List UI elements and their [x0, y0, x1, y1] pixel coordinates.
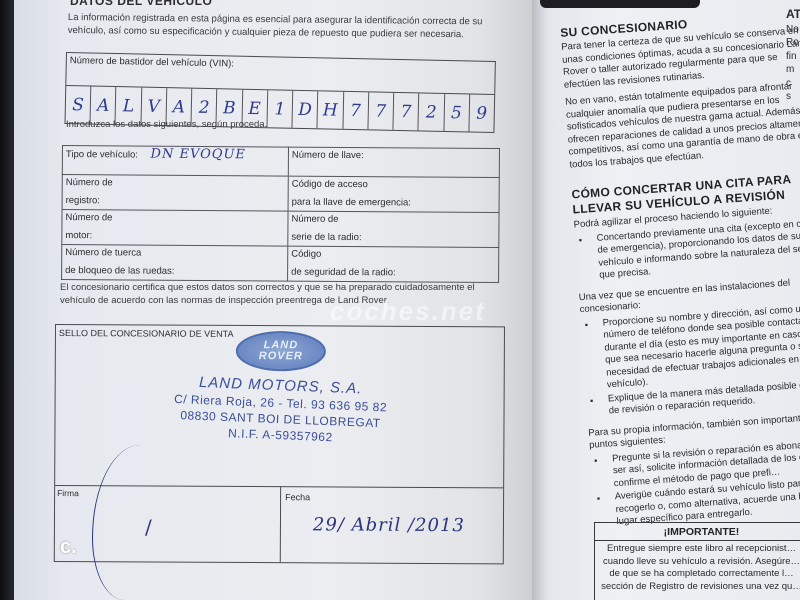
vin-character: 2	[419, 93, 445, 131]
edge-text-fragment: s	[786, 90, 800, 104]
vin-character: 5	[444, 94, 470, 132]
vin-character: 1	[267, 90, 293, 128]
engine-label-1: Número de	[65, 212, 284, 226]
dealer-paragraph-2: No en vano, están totalmente equipados p…	[565, 79, 800, 171]
vin-character: 7	[368, 92, 394, 130]
access-code-cell: Código de accesopara la llave de emergen…	[288, 176, 499, 212]
info-list: Pregunte si la revisión o reparación es …	[590, 437, 800, 530]
edge-text-fragment: No	[786, 23, 800, 37]
signature-date-divider	[280, 486, 281, 562]
edge-text-fragment: c	[786, 77, 800, 91]
important-title: ¡IMPORTANTE!	[595, 523, 800, 541]
vin-character: H	[318, 91, 344, 129]
date-label: Fecha	[285, 492, 310, 502]
edge-text-fragment: AT	[786, 7, 800, 21]
vin-label: Número de bastidor del vehículo (VIN):	[70, 55, 234, 69]
wheel-nut-label-1: Número de tuerca	[65, 247, 284, 261]
registration-cell: Número deregistro:	[62, 175, 288, 212]
important-body: Entregue siempre este libro al recepcion…	[595, 541, 800, 595]
next-page-edge-text: ATNoRofinmcs	[786, 8, 800, 104]
watermark-logo: c.	[60, 536, 77, 559]
date-value: 29/ Abril /2013	[313, 514, 465, 536]
intro-text: La información registrada en esta página…	[68, 11, 508, 42]
important-line: de que se ha completado correctamente l…	[599, 568, 800, 581]
engine-label-2: motor:	[65, 230, 284, 244]
right-page-content: SU CONCESIONARIO Para tener la certeza d…	[558, 0, 800, 530]
registration-label-1: Número de	[66, 177, 285, 191]
signature-label: Firma	[57, 488, 79, 498]
access-code-label-2: para la llave de emergencia:	[292, 197, 496, 210]
fill-instruction: Introduzca los datos siguientes, según p…	[66, 119, 267, 130]
wheel-nut-label-2: de bloqueo de las ruedas:	[65, 265, 284, 279]
edge-text-fragment: fin	[786, 50, 800, 64]
land-rover-logo: LAND ROVER	[236, 331, 326, 371]
dealer-stamp: LAND ROVER LAND MOTORS, S.A. C/ Riera Ro…	[150, 331, 411, 443]
logo-line-2: ROVER	[259, 351, 303, 362]
vehicle-type-cell: Tipo de vehículo: DN EVOQUE	[62, 146, 288, 177]
engine-cell: Número demotor:	[62, 210, 288, 247]
wheel-nut-cell: Número de tuercade bloqueo de las ruedas…	[62, 245, 288, 282]
important-line: Entregue siempre este libro al recepcion…	[599, 543, 800, 556]
important-box: ¡IMPORTANTE! Entregue siempre este libro…	[594, 522, 800, 600]
vin-character: D	[293, 91, 319, 129]
radio-code-label-2: de seguridad de la radio:	[291, 267, 495, 280]
vin-character: 7	[343, 92, 369, 130]
radio-serial-label-1: Número de	[291, 214, 495, 227]
vin-character: 9	[469, 94, 494, 131]
edge-text-fragment: m	[786, 63, 800, 77]
radio-code-label-1: Código	[291, 249, 495, 262]
vin-character: S	[66, 86, 92, 124]
radio-code-cell: Códigode seguridad de la radio:	[288, 246, 499, 282]
vehicle-data-table: Tipo de vehículo: DN EVOQUE Número de ll…	[61, 145, 500, 283]
list-item: Proporcione su nombre y dirección, así c…	[580, 301, 800, 393]
key-number-cell: Número de llave:	[288, 147, 499, 177]
radio-serial-label-2: serie de la radio:	[291, 232, 495, 245]
signature-mark: /	[145, 515, 152, 539]
edge-text-fragment: Ro	[786, 36, 800, 50]
at-dealer-list: Proporcione su nombre y dirección, así c…	[580, 301, 800, 419]
vin-character: 7	[393, 93, 419, 131]
important-line: sección de Registro de revisiones una ve…	[599, 581, 800, 594]
key-number-label: Número de llave:	[292, 150, 364, 162]
section-title: DATOS DEL VEHÍCULO	[70, 0, 212, 8]
important-line: cuando lleve su vehículo a revisión. Ase…	[599, 556, 800, 569]
watermark-site: coches.net	[330, 296, 486, 327]
vehicle-type-label: Tipo de vehículo:	[66, 149, 138, 161]
vehicle-type-value: DN EVOQUE	[151, 147, 246, 163]
registration-label-2: registro:	[66, 195, 285, 209]
radio-serial-cell: Número deserie de la radio:	[288, 211, 499, 247]
access-code-label-1: Código de acceso	[292, 179, 496, 192]
